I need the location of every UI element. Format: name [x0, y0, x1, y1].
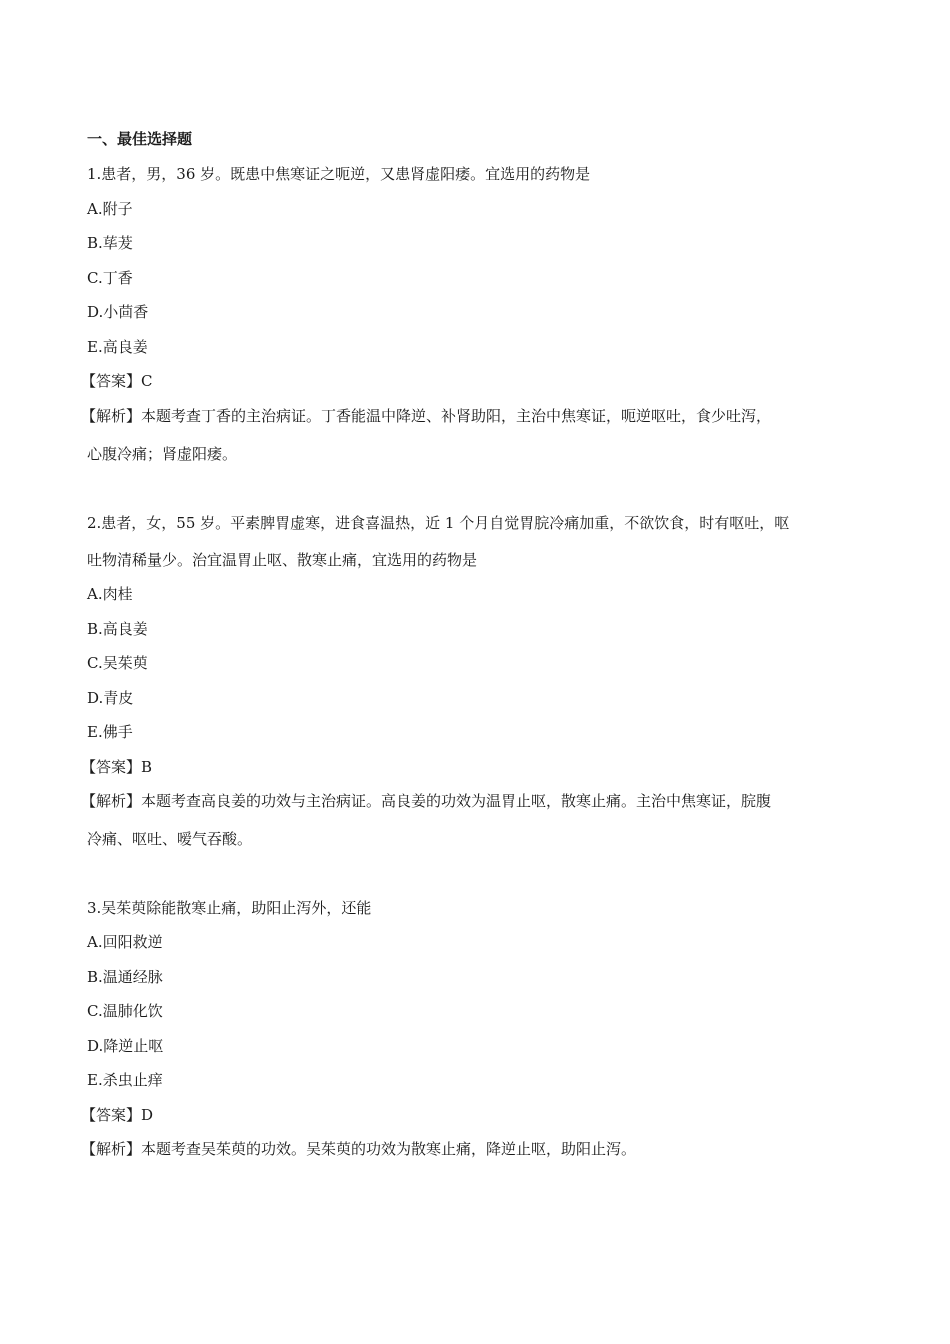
- question-2-option-c: C.吴茱萸: [87, 653, 148, 673]
- question-2-option-a: A.肉桂: [87, 584, 133, 604]
- question-3-option-c: C.温肺化饮: [87, 1001, 163, 1021]
- question-3-stem: 3.吴茱萸除能散寒止痛，助阳止泻外，还能: [87, 898, 371, 918]
- question-3-option-e: E.杀虫止痒: [87, 1070, 163, 1090]
- question-1-answer: 【答案】C: [81, 371, 152, 391]
- question-2-option-b: B.高良姜: [87, 619, 148, 639]
- question-2-analysis-line-1: 【解析】本题考查高良姜的功效与主治病证。高良姜的功效为温胃止呕，散寒止痛。主治中…: [81, 791, 771, 811]
- question-1-option-b: B.荜茇: [87, 233, 133, 253]
- question-1-option-e: E.高良姜: [87, 337, 148, 357]
- question-2-answer: 【答案】B: [81, 757, 152, 777]
- question-3-option-a: A.回阳救逆: [87, 932, 163, 952]
- question-1-analysis-line-1: 【解析】本题考查丁香的主治病证。丁香能温中降逆、补肾助阳，主治中焦寒证，呃逆呕吐…: [81, 406, 771, 426]
- question-2-option-d: D.青皮: [87, 688, 133, 708]
- question-1-stem: 1.患者，男，36 岁。既患中焦寒证之呃逆，又患肾虚阳痿。宜选用的药物是: [87, 164, 590, 184]
- question-2-stem-line-1: 2.患者，女，55 岁。平素脾胃虚寒，进食喜温热，近 1 个月自觉胃脘冷痛加重，…: [87, 513, 789, 533]
- question-2-stem-line-2: 吐物清稀量少。治宜温胃止呕、散寒止痛，宜选用的药物是: [87, 550, 477, 570]
- question-3-option-d: D.降逆止呕: [87, 1036, 163, 1056]
- section-title: 一、最佳选择题: [87, 129, 192, 149]
- question-2-option-e: E.佛手: [87, 722, 133, 742]
- question-3-analysis-line-1: 【解析】本题考查吴茱萸的功效。吴茱萸的功效为散寒止痛，降逆止呕，助阳止泻。: [81, 1139, 636, 1159]
- question-3-option-b: B.温通经脉: [87, 967, 163, 987]
- question-1-analysis-line-2: 心腹冷痛；肾虚阳痿。: [87, 444, 237, 464]
- question-1-option-d: D.小茴香: [87, 302, 148, 322]
- question-1-option-c: C.丁香: [87, 268, 133, 288]
- question-2-analysis-line-2: 冷痛、呕吐、嗳气吞酸。: [87, 829, 252, 849]
- question-3-answer: 【答案】D: [81, 1105, 153, 1125]
- question-1-option-a: A.附子: [87, 199, 133, 219]
